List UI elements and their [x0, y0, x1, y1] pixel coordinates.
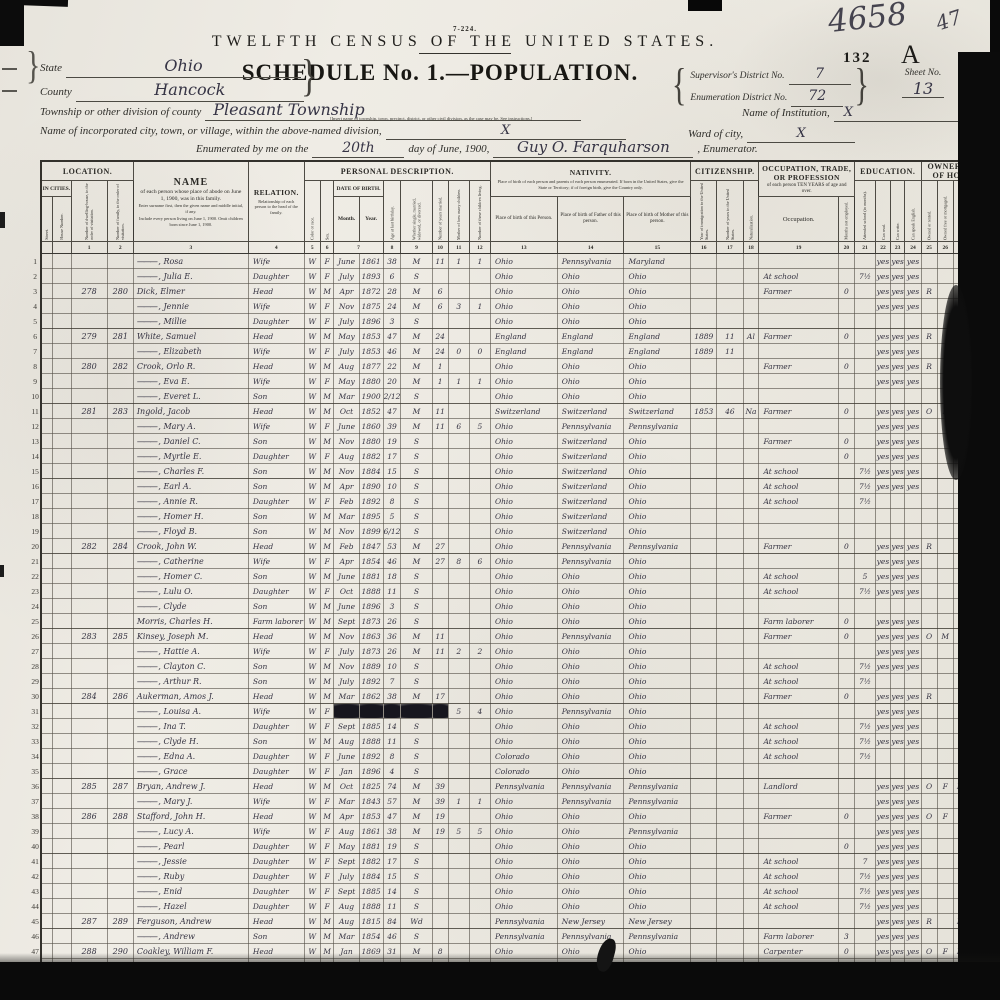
cell-sex: M [320, 779, 334, 794]
cell-imm [691, 899, 717, 914]
cell-bm: Aug [334, 359, 359, 374]
col-pob-person: Place of birth of this Person. [490, 197, 557, 242]
cell-mtg [937, 884, 953, 899]
cell-dw: 278 [71, 284, 107, 299]
cell-yus [717, 314, 743, 329]
cell-occ: At school [759, 674, 838, 689]
cell-house [52, 584, 71, 599]
cell-occ: At school [759, 869, 838, 884]
colnum-20: 20 [838, 242, 854, 254]
cell-sex: M [320, 404, 334, 419]
cell-imm [691, 734, 717, 749]
cell-mne [838, 674, 854, 689]
cell-color: W [304, 629, 320, 644]
cell-street [41, 464, 52, 479]
cell-pf: New Jersey [557, 914, 624, 929]
cell-mb [448, 899, 469, 914]
cell-sex: F [320, 764, 334, 779]
township-label: Township or other division of county [40, 106, 201, 118]
cell-cl: 6 [469, 554, 490, 569]
cell-by: 1888 [359, 899, 383, 914]
cell-mar: M [401, 299, 432, 314]
cell-occ [759, 254, 838, 269]
cell-ym [432, 599, 448, 614]
cell-yus: 11 [717, 344, 743, 359]
cell-age: 84 [383, 914, 401, 929]
cell-sex: M [320, 929, 334, 944]
cell-nat [743, 554, 759, 569]
cell-nat: Al [743, 329, 759, 344]
cell-age: 24 [383, 299, 401, 314]
col-birth-year: Year. [359, 197, 383, 242]
cell-rd: yes [876, 704, 891, 719]
cell-en: yes [905, 464, 921, 479]
cell-age: 3 [383, 599, 401, 614]
cell-rel: Daughter [248, 584, 304, 599]
cell-nat [743, 509, 759, 524]
cell-pob: Ohio [490, 419, 557, 434]
cell-dw [71, 764, 107, 779]
row-number: 17 [30, 494, 41, 509]
cell-imm [691, 449, 717, 464]
cell-yus [717, 509, 743, 524]
cell-imm [691, 779, 717, 794]
cell-mar: M [401, 794, 432, 809]
cell-pf: Switzerland [557, 524, 624, 539]
row-number: 27 [30, 644, 41, 659]
cell-occ: Farmer [759, 809, 838, 824]
cell-name: , Earl A. [133, 479, 248, 494]
cell-ym: 27 [432, 554, 448, 569]
cell-wr: yes [890, 299, 905, 314]
cell-yus [717, 884, 743, 899]
col-age: Age at last birthday. [383, 181, 401, 242]
scan-edge-right [958, 52, 1000, 1000]
cell-mb: 1 [448, 794, 469, 809]
cell-pob: Ohio [490, 689, 557, 704]
cell-own [921, 614, 937, 629]
table-row: 46, AndrewSonWMMar185446SPennsylvaniaPen… [30, 929, 1000, 944]
table-row: 21, CatherineWifeWFApr185446M2786OhioPen… [30, 554, 1000, 569]
scan-blotch [940, 285, 972, 480]
cell-pf: Pennsylvania [557, 629, 624, 644]
cell-fam [107, 599, 133, 614]
cell-own: R [921, 689, 937, 704]
cell-pob: England [490, 344, 557, 359]
cell-street [41, 554, 52, 569]
cell-pm: Ohio [624, 584, 691, 599]
col-family-number: Number of family, in the order of visita… [107, 181, 133, 242]
cell-imm [691, 929, 717, 944]
cell-pm: Ohio [624, 524, 691, 539]
cell-house [52, 899, 71, 914]
cell-rd: yes [876, 329, 891, 344]
cell-pm: Ohio [624, 764, 691, 779]
cell-rd: yes [876, 839, 891, 854]
cell-bm [334, 704, 359, 719]
cell-sex: F [320, 299, 334, 314]
cell-mtg [937, 494, 953, 509]
cell-nat [743, 764, 759, 779]
cell-own [921, 269, 937, 284]
colnum-15: 15 [624, 242, 691, 254]
cell-imm [691, 794, 717, 809]
table-row: 2, Julia E.DaughterWFJuly18936SOhioOhioO… [30, 269, 1000, 284]
cell-imm [691, 524, 717, 539]
cell-name: White, Samuel [133, 329, 248, 344]
cell-mtg [937, 899, 953, 914]
colnum-7: 7 [334, 242, 383, 254]
col-dwelling-number: Number of dwelling-house, in the order o… [71, 181, 107, 242]
cell-wr: yes [890, 659, 905, 674]
cell-cl: 5 [469, 824, 490, 839]
cell-fam: 281 [107, 329, 133, 344]
col-children-living: Number of these children living. [469, 181, 490, 242]
cell-ym: 39 [432, 779, 448, 794]
occupation-title: OCCUPATION, TRADE, OR PROFESSION [759, 164, 854, 182]
col-owned-rented: Owned or rented. [921, 181, 937, 242]
row-number: 44 [30, 899, 41, 914]
cell-own: O [921, 809, 937, 824]
cell-wr [890, 749, 905, 764]
col-occupation: Occupation. [759, 197, 838, 242]
cell-rel: Wife [248, 374, 304, 389]
cell-sch [854, 299, 875, 314]
cell-imm [691, 644, 717, 659]
cell-mb [448, 929, 469, 944]
cell-bm: Jan [334, 764, 359, 779]
cell-occ [759, 824, 838, 839]
cell-rd: yes [876, 734, 891, 749]
cell-mar: S [401, 854, 432, 869]
cell-mar: M [401, 329, 432, 344]
cell-name: , Catherine [133, 554, 248, 569]
cell-mar: M [401, 644, 432, 659]
cell-mne [838, 704, 854, 719]
cell-mar: S [401, 749, 432, 764]
cell-occ [759, 839, 838, 854]
cell-house [52, 704, 71, 719]
cell-pob: Ohio [490, 884, 557, 899]
cell-nat [743, 749, 759, 764]
cell-yus [717, 299, 743, 314]
cell-bm: May [334, 839, 359, 854]
cell-fam [107, 494, 133, 509]
cell-en: yes [905, 569, 921, 584]
cell-age: 18 [383, 569, 401, 584]
cell-own [921, 314, 937, 329]
colnum-18: 18 [743, 242, 759, 254]
cell-occ [759, 764, 838, 779]
cell-rd: yes [876, 629, 891, 644]
cell-street [41, 569, 52, 584]
cell-fam [107, 854, 133, 869]
cell-street [41, 914, 52, 929]
cell-ym [432, 389, 448, 404]
cell-en: yes [905, 929, 921, 944]
cell-dw [71, 464, 107, 479]
cell-age: 47 [383, 809, 401, 824]
cell-nat [743, 734, 759, 749]
cell-sex: F [320, 644, 334, 659]
cell-pob: Ohio [490, 584, 557, 599]
cell-ym [432, 869, 448, 884]
cell-bm: Aug [334, 914, 359, 929]
cell-sex: F [320, 794, 334, 809]
cell-imm [691, 479, 717, 494]
cell-cl [469, 764, 490, 779]
cell-sex: F [320, 719, 334, 734]
group-nativity: NATIVITY. Place of birth of each person … [490, 161, 690, 197]
cell-age: 10 [383, 659, 401, 674]
cell-en: yes [905, 614, 921, 629]
state-county-block: State Ohio County Hancock [40, 55, 304, 103]
cell-own [921, 869, 937, 884]
cell-en: yes [905, 914, 921, 929]
cell-ym: 19 [432, 824, 448, 839]
group-personal-description: PERSONAL DESCRIPTION. [304, 161, 490, 181]
cell-nat [743, 494, 759, 509]
cell-en: yes [905, 299, 921, 314]
cell-color: W [304, 764, 320, 779]
cell-mne: 0 [838, 689, 854, 704]
cell-age: 57 [383, 794, 401, 809]
cell-house [52, 599, 71, 614]
cell-rel: Son [248, 569, 304, 584]
cell-pob: England [490, 329, 557, 344]
cell-pm: Ohio [624, 464, 691, 479]
cell-wr [890, 524, 905, 539]
cell-by: 1896 [359, 599, 383, 614]
cell-color: W [304, 284, 320, 299]
cell-rel: Daughter [248, 884, 304, 899]
cell-occ [759, 299, 838, 314]
cell-cl [469, 689, 490, 704]
cell-sch [854, 689, 875, 704]
cell-mb [448, 779, 469, 794]
cell-mar: S [401, 569, 432, 584]
cell-mar: S [401, 269, 432, 284]
cell-yus [717, 719, 743, 734]
cell-by: 1863 [359, 629, 383, 644]
cell-pf: Ohio [557, 884, 624, 899]
cell-pf: Pennsylvania [557, 554, 624, 569]
cell-occ: At school [759, 494, 838, 509]
cell-ym [432, 434, 448, 449]
table-row: 6279281White, SamuelHeadWMMay185347M24En… [30, 329, 1000, 344]
cell-imm [691, 629, 717, 644]
cell-own [921, 554, 937, 569]
cell-rel: Head [248, 404, 304, 419]
cell-color: W [304, 644, 320, 659]
cell-mar: M [401, 539, 432, 554]
table-row: 31, Louisa A.WifeWF54OhioPennsylvaniaOhi… [30, 704, 1000, 719]
cell-mar: S [401, 764, 432, 779]
cell-pf: Ohio [557, 689, 624, 704]
cell-mar: S [401, 584, 432, 599]
cell-pm: Ohio [624, 719, 691, 734]
cell-cl [469, 719, 490, 734]
cell-nat [743, 599, 759, 614]
cell-name: Crook, John W. [133, 539, 248, 554]
cell-street [41, 899, 52, 914]
row-number: 2 [30, 269, 41, 284]
cell-street [41, 764, 52, 779]
cell-ym [432, 839, 448, 854]
cell-wr: yes [890, 884, 905, 899]
cell-house [52, 449, 71, 464]
cell-imm [691, 554, 717, 569]
cell-street [41, 884, 52, 899]
cell-pm: Ohio [624, 314, 691, 329]
cell-name: Aukerman, Amos J. [133, 689, 248, 704]
row-number: 22 [30, 569, 41, 584]
cell-imm [691, 599, 717, 614]
cell-sch [854, 794, 875, 809]
cell-sex: M [320, 464, 334, 479]
cell-occ: At school [759, 719, 838, 734]
cell-house [52, 389, 71, 404]
cell-pm: Ohio [624, 659, 691, 674]
cell-name: , Floyd B. [133, 524, 248, 539]
cell-imm: 1853 [691, 404, 717, 419]
cell-fam [107, 749, 133, 764]
cell-en: yes [905, 734, 921, 749]
cell-sex: F [320, 839, 334, 854]
cell-wr: yes [890, 734, 905, 749]
cell-occ [759, 509, 838, 524]
cell-bm: June [334, 569, 359, 584]
cell-sch [854, 539, 875, 554]
cell-street [41, 374, 52, 389]
cell-rel: Daughter [248, 269, 304, 284]
cell-pf: England [557, 329, 624, 344]
cell-age: 15 [383, 464, 401, 479]
cell-occ: Farmer [759, 284, 838, 299]
cell-sex: F [320, 374, 334, 389]
cell-pf: Ohio [557, 764, 624, 779]
cell-street [41, 494, 52, 509]
supervisor-district-line: Supervisor's District No. 7 [690, 64, 850, 86]
row-number: 39 [30, 824, 41, 839]
cell-fam [107, 644, 133, 659]
cell-by: 1853 [359, 329, 383, 344]
cell-dw [71, 704, 107, 719]
cell-rd: yes [876, 464, 891, 479]
cell-yus [717, 794, 743, 809]
cell-pm: Ohio [624, 809, 691, 824]
cell-mtg [937, 839, 953, 854]
institution-line: Name of Institution, X [742, 103, 992, 122]
cell-mne [838, 719, 854, 734]
cell-fam [107, 299, 133, 314]
cell-name: , Pearl [133, 839, 248, 854]
cell-rd [876, 494, 891, 509]
cell-rd: yes [876, 644, 891, 659]
cell-fam: 287 [107, 779, 133, 794]
cell-name: , Hazel [133, 899, 248, 914]
cell-dw: 283 [71, 629, 107, 644]
cell-name: , Eva E. [133, 374, 248, 389]
cell-mb [448, 839, 469, 854]
cell-name: , Louisa A. [133, 704, 248, 719]
cell-own [921, 599, 937, 614]
cell-rel: Head [248, 284, 304, 299]
cell-by: 1882 [359, 449, 383, 464]
cell-mtg [937, 659, 953, 674]
cell-wr: yes [890, 899, 905, 914]
cell-color: W [304, 344, 320, 359]
col-birth-month: Month. [334, 197, 359, 242]
cell-name: , Ruby [133, 869, 248, 884]
cell-street [41, 479, 52, 494]
cell-ym: 11 [432, 404, 448, 419]
cell-mb [448, 689, 469, 704]
cell-yus [717, 554, 743, 569]
cell-wr: yes [890, 569, 905, 584]
cell-ym [432, 914, 448, 929]
cell-rd [876, 674, 891, 689]
cell-mar: M [401, 254, 432, 269]
cell-imm [691, 914, 717, 929]
cell-by: 1893 [359, 269, 383, 284]
colnum-2: 2 [107, 242, 133, 254]
cell-nat [743, 659, 759, 674]
cell-pm: Pennsylvania [624, 794, 691, 809]
cell-imm [691, 749, 717, 764]
cell-house [52, 314, 71, 329]
cell-mne [838, 659, 854, 674]
cell-rd [876, 314, 891, 329]
cell-sex: M [320, 359, 334, 374]
cell-name: Morris, Charles H. [133, 614, 248, 629]
cell-name: , Rosa [133, 254, 248, 269]
cell-pob: Ohio [490, 644, 557, 659]
cell-dw [71, 929, 107, 944]
cell-ym: 39 [432, 794, 448, 809]
cell-rd: yes [876, 914, 891, 929]
cell-dw: 281 [71, 404, 107, 419]
cell-pf: Pennsylvania [557, 254, 624, 269]
cell-mb: 1 [448, 374, 469, 389]
cell-wr: yes [890, 704, 905, 719]
cell-en: yes [905, 779, 921, 794]
cell-own [921, 584, 937, 599]
cell-sch: 7½ [854, 494, 875, 509]
cell-house [52, 614, 71, 629]
census-title: TWELFTH CENSUS OF THE UNITED STATES. [0, 33, 930, 54]
cell-pm: Ohio [624, 734, 691, 749]
cell-rel: Head [248, 689, 304, 704]
cell-mne: 0 [838, 359, 854, 374]
cell-pf: Ohio [557, 374, 624, 389]
cell-own: O [921, 404, 937, 419]
cell-dw [71, 839, 107, 854]
cell-own: R [921, 539, 937, 554]
cell-own [921, 734, 937, 749]
cell-bm: July [334, 269, 359, 284]
cell-mtg [937, 824, 953, 839]
cell-ym [432, 449, 448, 464]
cell-age: 47 [383, 329, 401, 344]
col-mother-of-children: Mother of how many children. [448, 181, 469, 242]
colnum-24: 24 [905, 242, 921, 254]
cell-ym [432, 269, 448, 284]
cell-mb [448, 269, 469, 284]
cell-mb [448, 764, 469, 779]
cell-dw [71, 254, 107, 269]
cell-mtg [937, 539, 953, 554]
